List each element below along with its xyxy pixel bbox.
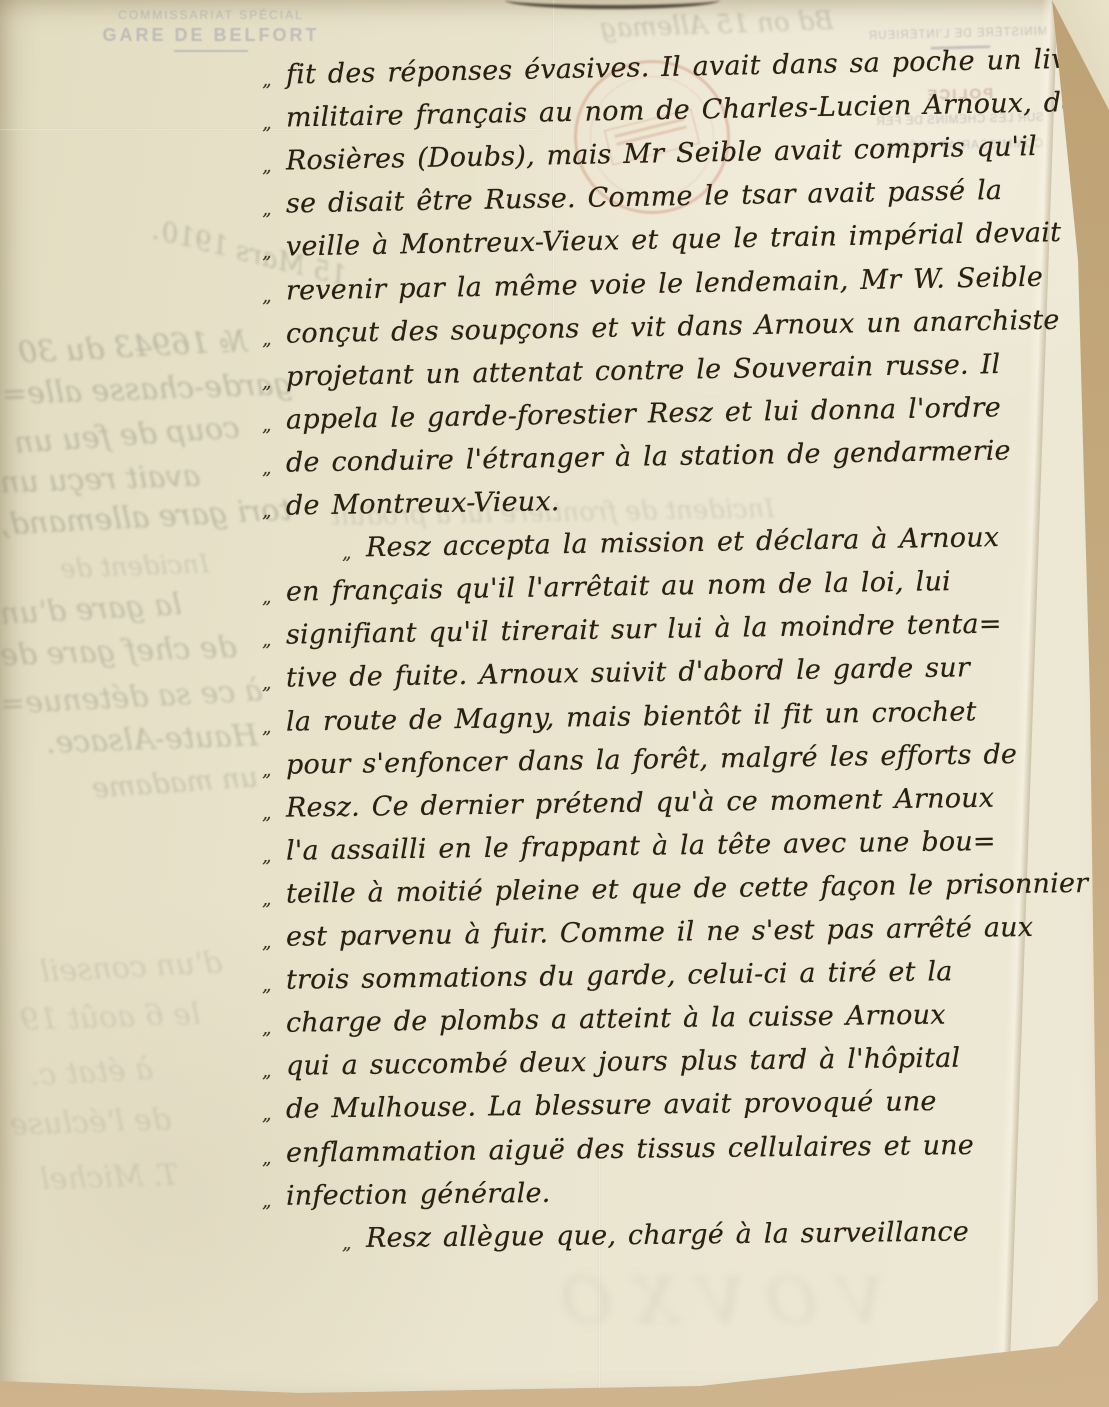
line-text: trois sommations du garde, celui-ci a ti… [286,956,953,995]
line-quote-mark: „ [262,1190,286,1211]
line-quote-mark: „ [262,845,286,866]
line-text: fit des réponses évasives. Il avait dans… [286,43,1108,90]
line-quote-mark: „ [262,673,286,694]
line-quote-mark: „ [262,414,286,435]
line-quote-mark: „ [262,328,286,349]
handwritten-line: „Resz. Ce dernier prétend qu'à ce moment… [262,782,995,823]
line-text: signifiant qu'il tirerait sur lui à la m… [286,609,1002,651]
handwritten-line: „projetant un attentat contre le Souvera… [262,349,1001,393]
line-quote-mark: „ [262,1147,286,1168]
handwritten-line: „trois sommations du garde, celui-ci a t… [262,956,953,996]
line-text: conçut des soupçons et vit dans Arnoux u… [286,304,1060,349]
handwritten-line: „est parvenu à fuir. Comme il ne s'est p… [262,912,1034,953]
line-text: revenir par la même voie le lendemain, M… [286,261,1044,306]
handwritten-line: „charge de plombs a atteint à la cuisse … [262,1000,946,1039]
handwritten-line: „revenir par la même voie le lendemain, … [262,261,1044,306]
handwritten-line: „de conduire l'étranger à la station de … [262,435,1011,479]
line-quote-mark: „ [262,457,286,478]
line-text: en français qu'il l'arrêtait au nom de l… [286,566,951,608]
handwritten-line: „qui a succombé deux jours plus tard à l… [262,1043,961,1082]
line-quote-mark: „ [262,242,286,263]
line-quote-mark: „ [262,371,286,392]
handwritten-line: „tive de fuite. Arnoux suivit d'abord le… [262,653,970,695]
line-text: veille à Montreux-Vieux et que le train … [286,217,1062,262]
line-text: projetant un attentat contre le Souverai… [286,349,1001,393]
line-quote-mark: „ [262,759,286,780]
line-quote-mark: „ [262,501,286,522]
line-quote-mark: „ [262,1061,286,1082]
line-quote-mark: „ [262,156,286,177]
line-text: de Mulhouse. La blessure avait provoqué … [286,1087,937,1126]
handwritten-line: „Resz accepta la mission et déclara à Ar… [262,522,1000,565]
line-text: charge de plombs a atteint à la cuisse A… [286,1000,946,1039]
line-quote-mark: „ [262,889,286,910]
line-text: de conduire l'étranger à la station de g… [286,435,1011,478]
line-text: appela le garde-forestier Resz et lui do… [286,392,1001,435]
line-text: l'a assailli en le frappant à la tête av… [286,826,996,867]
handwritten-line: „la route de Magny, mais bientôt il fit … [262,696,977,738]
line-text: Resz allègue que, chargé à la surveillan… [366,1216,969,1253]
handwritten-line: „teille à moitié pleine et que de cette … [262,868,1089,910]
line-quote-mark: „ [262,630,286,651]
handwritten-line: „signifiant qu'il tirerait sur lui à la … [262,609,1002,651]
manuscript-text: „fit des réponses évasives. Il avait dan… [0,0,1109,1407]
line-quote-mark: „ [262,1104,286,1125]
line-text: qui a succombé deux jours plus tard à l'… [286,1043,961,1082]
line-text: Resz accepta la mission et déclara à Arn… [366,522,1000,563]
line-quote-mark: „ [262,113,286,134]
line-text: tive de fuite. Arnoux suivit d'abord le … [286,653,970,694]
line-quote-mark: „ [262,285,286,306]
line-text: Rosières (Doubs), mais Mr Seible avait c… [286,131,1038,177]
line-text: la route de Magny, mais bientôt il fit u… [286,696,977,737]
line-text: est parvenu à fuir. Comme il ne s'est pa… [286,912,1034,953]
handwritten-line: „pour s'enfoncer dans la forêt, malgré l… [262,739,1018,781]
handwritten-line: „veille à Montreux-Vieux et que le train… [262,217,1062,263]
line-text: pour s'enfoncer dans la forêt, malgré le… [286,739,1018,781]
handwritten-line: „de Mulhouse. La blessure avait provoqué… [262,1087,937,1126]
line-quote-mark: „ [262,802,286,823]
line-text: infection générale. [286,1177,551,1211]
line-text: Resz. Ce dernier prétend qu'à ce moment … [286,782,995,823]
handwritten-line: „infection générale. [262,1177,551,1211]
line-quote-mark: „ [262,932,286,953]
line-quote-mark: „ [262,716,286,737]
handwritten-line: „conçut des soupçons et vit dans Arnoux … [262,304,1060,349]
handwritten-line: „l'a assailli en le frappant à la tête a… [262,826,996,867]
line-text: de Montreux-Vieux. [286,486,560,522]
line-quote-mark: „ [262,587,286,608]
handwritten-line: „fit des réponses évasives. Il avait dan… [262,43,1108,91]
handwritten-line: „Resz allègue que, chargé à la surveilla… [262,1216,969,1255]
line-quote-mark: „ [262,199,286,220]
handwritten-line: „enflammation aiguë des tissus cellulair… [262,1129,974,1168]
handwritten-line: „en français qu'il l'arrêtait au nom de … [262,566,951,608]
manuscript-photo: COMMISSARIAT SPÉCIAL GARE DE BELFORT MIN… [0,0,1109,1407]
line-text: enflammation aiguë des tissus cellulaire… [286,1129,974,1168]
line-quote-mark: „ [342,1233,366,1254]
line-quote-mark: „ [262,70,286,91]
handwritten-line: „se disait être Russe. Comme le tsar ava… [262,175,1003,220]
line-quote-mark: „ [262,1018,286,1039]
line-text: teille à moitié pleine et que de cette f… [286,868,1089,910]
handwritten-line: „de Montreux-Vieux. [262,486,560,522]
manuscript-page: COMMISSARIAT SPÉCIAL GARE DE BELFORT MIN… [0,0,1109,1407]
line-quote-mark: „ [342,542,366,563]
handwritten-line: „militaire français au nom de Charles-Lu… [262,87,1078,134]
handwritten-line: „appela le garde-forestier Resz et lui d… [262,392,1001,436]
line-text: militaire français au nom de Charles-Luc… [286,87,1078,134]
line-text: se disait être Russe. Comme le tsar avai… [286,175,1003,220]
line-quote-mark: „ [262,975,286,996]
handwritten-line: „Rosières (Doubs), mais Mr Seible avait … [262,131,1038,177]
